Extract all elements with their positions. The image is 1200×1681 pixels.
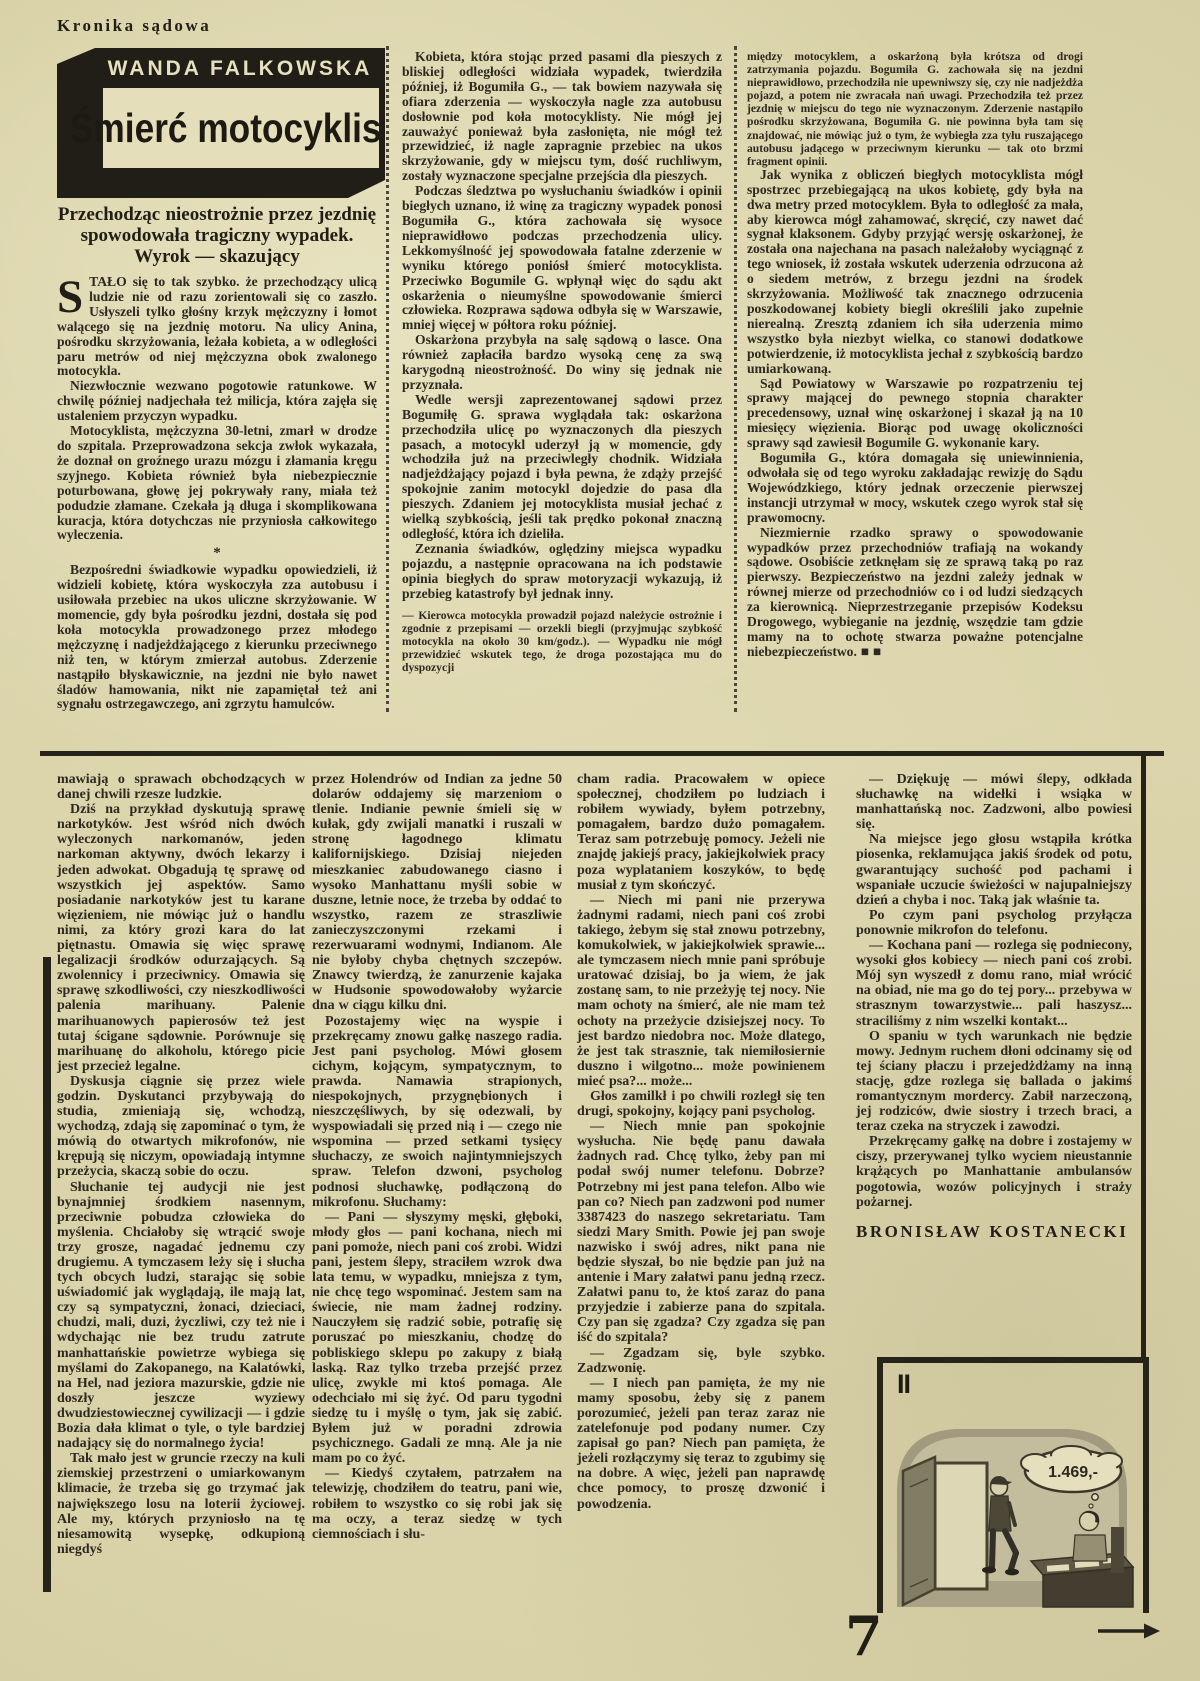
paragraph: przez Holendrów od Indian za jedne 50 do… xyxy=(312,772,562,1014)
lead-text: TAŁO się to tak szybko. że przechodzący … xyxy=(57,274,377,378)
paragraph: — Dziękuję — mówi ślepy, odkłada słuchaw… xyxy=(856,772,1132,832)
paragraph: Motocyklista, mężczyzna 30-letni, zmarł … xyxy=(57,424,377,543)
top-article-column-2: Kobieta, która stojąc przed pasami dla p… xyxy=(402,50,722,674)
paragraph: Po czym pani psycholog przyłącza ponowni… xyxy=(856,908,1132,938)
column-rule-1 xyxy=(386,46,389,712)
experts-opinion-continued: między motocyklem, a oskarżoną była krót… xyxy=(747,50,1083,168)
paragraph: Dziś na przykład dyskutują sprawę narkot… xyxy=(57,802,305,1074)
column-rule-2 xyxy=(734,46,737,712)
paragraph: Przekręcamy gałkę na dobre i zostajemy w… xyxy=(856,1134,1132,1209)
cartoon-chair xyxy=(1111,1527,1124,1573)
article-title: Śmierć motocyklisty xyxy=(70,105,413,152)
experts-footnote: — Kierowca motocykla prowadził pojazd na… xyxy=(402,609,722,674)
paragraph: Głos zamilkł i po chwili rozległ się ten… xyxy=(577,1089,825,1119)
article-title-box: WANDA FALKOWSKA Śmierć motocyklisty xyxy=(57,48,385,198)
paragraph: — Zgadzam się, byle szybko. Zadzwonię. xyxy=(577,1346,825,1376)
article-author-signature: BRONISŁAW KOSTANECKI xyxy=(856,1224,1132,1239)
paragraph: — I niech pan pamięta, że my nie mamy sp… xyxy=(577,1376,825,1512)
paragraph-group: Kobieta, która stojąc przed pasami dla p… xyxy=(402,50,722,602)
paragraph: — Kiedyś czytałem, patrzałem na telewizj… xyxy=(312,1466,562,1541)
cartoon-panel: II xyxy=(877,1357,1149,1613)
newspaper-page: Kronika sądowa WANDA FALKOWSKA Śmierć mo… xyxy=(0,0,1200,1681)
paragraph: Kobieta, która stojąc przed pasami dla p… xyxy=(402,50,722,184)
paragraph: Sąd Powiatowy w Warszawie po rozpatrzeni… xyxy=(747,377,1083,452)
section-divider-rule xyxy=(40,751,1164,756)
cartoon-doorway xyxy=(935,1463,987,1589)
bottom-article-column-3: cham radia. Pracowałem w opiece społeczn… xyxy=(577,772,825,1512)
paragraph: Bezpośredni świadkowie wypadku opowiedzi… xyxy=(57,563,377,712)
paragraph: Dyskusja ciągnie się przez wiele godzin.… xyxy=(57,1074,305,1180)
left-frame-rule xyxy=(43,957,51,1592)
paragraph: mawiają o sprawach obchodzących w danej … xyxy=(57,772,305,802)
paragraph-group: Niezwłocznie wezwano pogotowie ratunkowe… xyxy=(57,379,377,543)
article-author-top: WANDA FALKOWSKA xyxy=(95,57,385,81)
paragraph: Bogumiła G., która domagała się uniewinn… xyxy=(747,451,1083,526)
paragraph-group: — Dziękuję — mówi ślepy, odkłada słuchaw… xyxy=(856,772,1132,1210)
drop-cap: S xyxy=(57,275,89,317)
bottom-article-column-1: mawiają o sprawach obchodzących w danej … xyxy=(57,772,305,1557)
star-separator: * xyxy=(57,544,377,562)
right-frame-rule xyxy=(1141,751,1146,1361)
section-kicker: Kronika sądowa xyxy=(57,16,211,36)
lead-paragraph: STAŁO się to tak szybko. że przechodzący… xyxy=(57,275,377,379)
paragraph: Niezmiernie rzadko sprawy o spowodowanie… xyxy=(747,526,1083,660)
bottom-article-column-2: przez Holendrów od Indian za jedne 50 do… xyxy=(312,772,562,1542)
paragraph: — Niech mnie pan spokojnie wysłucha. Nie… xyxy=(577,1119,825,1345)
paragraph: Niezwłocznie wezwano pogotowie ratunkowe… xyxy=(57,379,377,424)
cartoon-illustration: 1.469,- xyxy=(883,1395,1141,1611)
paragraph: Podczas śledztwa po wysłuchaniu świadków… xyxy=(402,184,722,333)
paragraph: Jak wynika z obliczeń biegłych motocykli… xyxy=(747,168,1083,377)
paragraph: — Niech mi pani nie przerywa żadnymi rad… xyxy=(577,893,825,1089)
article-subhead: Przechodząc nieostrożnie przez jezdnię s… xyxy=(57,204,377,267)
paragraph: Oskarżona przybyła na salę sądową o lasc… xyxy=(402,333,722,393)
page-number: 7 xyxy=(845,1604,883,1668)
paragraph: — Kochana pani — rozlega się podniecony,… xyxy=(856,938,1132,1029)
paragraph: Pozostajemy więc na wyspie i przekręcamy… xyxy=(312,1014,562,1210)
paragraph: Słuchanie tej audycji nie jest bynajmnie… xyxy=(57,1180,305,1452)
paragraph-group: Jak wynika z obliczeń biegłych motocykli… xyxy=(747,168,1083,660)
continuation-arrow-icon xyxy=(1098,1622,1160,1640)
paragraph: — Pani — słyszymy męski, głęboki, młody … xyxy=(312,1210,562,1467)
paragraph-group: Bezpośredni świadkowie wypadku opowiedzi… xyxy=(57,563,377,712)
cartoon-price-text: 1.469,- xyxy=(1048,1464,1098,1481)
paragraph: Wedle wersji zaprezentowanej sądowi prze… xyxy=(402,393,722,542)
title-panel: Śmierć motocyklisty xyxy=(103,88,379,168)
paragraph: cham radia. Pracowałem w opiece społeczn… xyxy=(577,772,825,893)
paragraph: O spaniu w tych warunkach nie będzie mow… xyxy=(856,1029,1132,1135)
top-article-column-1: Przechodząc nieostrożnie przez jezdnię s… xyxy=(57,204,377,712)
paragraph: Zeznania świadków, oględziny miejsca wyp… xyxy=(402,542,722,602)
paragraph: Tak mało jest w gruncie rzeczy na kuli z… xyxy=(57,1451,305,1557)
top-article-column-3: między motocyklem, a oskarżoną była krót… xyxy=(747,50,1083,660)
bottom-article-column-4: — Dziękuję — mówi ślepy, odkłada słuchaw… xyxy=(856,772,1132,1239)
paragraph: Na miejsce jego głosu wstąpiła krótka pi… xyxy=(856,832,1132,907)
